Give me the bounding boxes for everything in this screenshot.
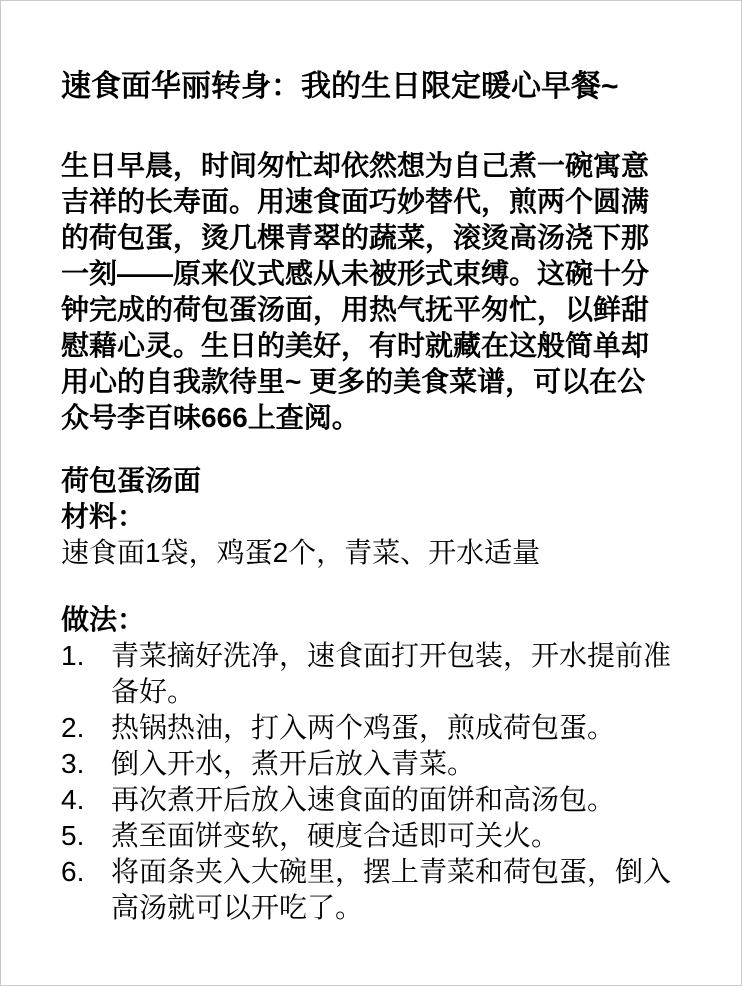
- step-item: 2. 热锅热油，打入两个鸡蛋，煎成荷包蛋。: [61, 710, 683, 746]
- recipe-article-page: 速食面华丽转身：我的生日限定暖心早餐~ 生日早晨，时间匆忙却依然想为自己煮一碗寓…: [0, 0, 742, 986]
- article-intro-paragraph: 生日早晨，时间匆忙却依然想为自己煮一碗寓意 吉祥的长寿面。用速食面巧妙替代，煎两…: [61, 148, 683, 436]
- step-number: 2.: [61, 710, 111, 746]
- step-text: 倒入开水，煮开后放入青菜。: [111, 746, 683, 782]
- step-number: 4.: [61, 782, 111, 818]
- steps-list: 1. 青菜摘好洗净，速食面打开包装，开水提前准 备好。 2. 热锅热油，打入两个…: [61, 638, 683, 926]
- step-item: 1. 青菜摘好洗净，速食面打开包装，开水提前准 备好。: [61, 638, 683, 710]
- step-item: 4. 再次煮开后放入速食面的面饼和高汤包。: [61, 782, 683, 818]
- step-text: 热锅热油，打入两个鸡蛋，煎成荷包蛋。: [111, 710, 683, 746]
- ingredients-text: 速食面1袋，鸡蛋2个，青菜、开水适量: [61, 535, 683, 571]
- step-text: 青菜摘好洗净，速食面打开包装，开水提前准 备好。: [111, 638, 683, 710]
- step-number: 6.: [61, 854, 111, 890]
- step-item: 3. 倒入开水，煮开后放入青菜。: [61, 746, 683, 782]
- step-item: 5. 煮至面饼变软，硬度合适即可关火。: [61, 818, 683, 854]
- step-text: 将面条夹入大碗里，摆上青菜和荷包蛋，倒入 高汤就可以开吃了。: [111, 854, 683, 926]
- step-number: 5.: [61, 818, 111, 854]
- recipe-name-heading: 荷包蛋汤面: [61, 463, 683, 499]
- step-text: 再次煮开后放入速食面的面饼和高汤包。: [111, 782, 683, 818]
- step-number: 3.: [61, 746, 111, 782]
- steps-label: 做法：: [61, 602, 683, 638]
- step-text: 煮至面饼变软，硬度合适即可关火。: [111, 818, 683, 854]
- ingredients-label: 材料：: [61, 499, 683, 535]
- step-number: 1.: [61, 638, 111, 674]
- step-item: 6. 将面条夹入大碗里，摆上青菜和荷包蛋，倒入 高汤就可以开吃了。: [61, 854, 683, 926]
- article-title: 速食面华丽转身：我的生日限定暖心早餐~: [61, 67, 683, 107]
